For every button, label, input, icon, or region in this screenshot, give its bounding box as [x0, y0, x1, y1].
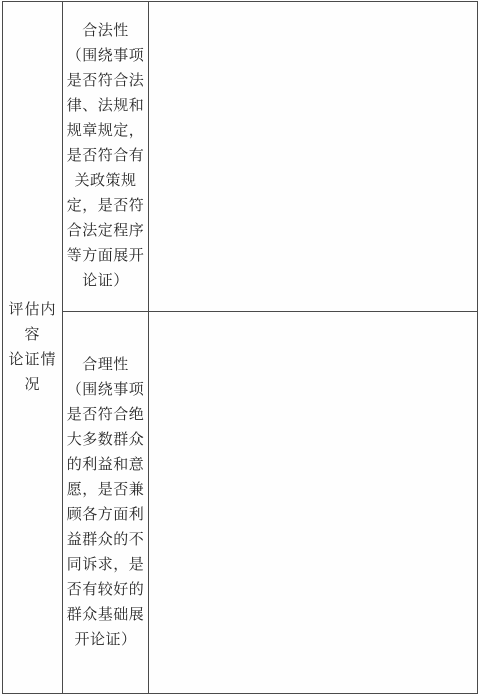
evaluation-table: 评估内 容 论证情 况 合法性 （围绕事项 是否符合法 律、法规和 规章规定， … [2, 1, 478, 694]
row-header-text: 评估内 容 论证情 况 [3, 298, 62, 398]
table-row: 评估内 容 论证情 况 合法性 （围绕事项 是否符合法 律、法规和 规章规定， … [3, 2, 478, 312]
reasonableness-criteria-text: 合理性 （围绕事项 是否符合绝 大多数群众 的利益和意 愿，是否兼 顾各方面利 … [63, 353, 148, 653]
legality-content-cell [149, 2, 478, 312]
document-page: 评估内 容 论证情 况 合法性 （围绕事项 是否符合法 律、法规和 规章规定， … [0, 0, 479, 696]
reasonableness-criteria-cell: 合理性 （围绕事项 是否符合绝 大多数群众 的利益和意 愿，是否兼 顾各方面利 … [63, 312, 149, 694]
reasonableness-content-cell [149, 312, 478, 694]
legality-criteria-text: 合法性 （围绕事项 是否符合法 律、法规和 规章规定， 是否符合有 关政策规 定… [63, 19, 148, 294]
table-row: 合理性 （围绕事项 是否符合绝 大多数群众 的利益和意 愿，是否兼 顾各方面利 … [3, 312, 478, 694]
legality-criteria-cell: 合法性 （围绕事项 是否符合法 律、法规和 规章规定， 是否符合有 关政策规 定… [63, 2, 149, 312]
row-header-cell: 评估内 容 论证情 况 [3, 2, 63, 694]
